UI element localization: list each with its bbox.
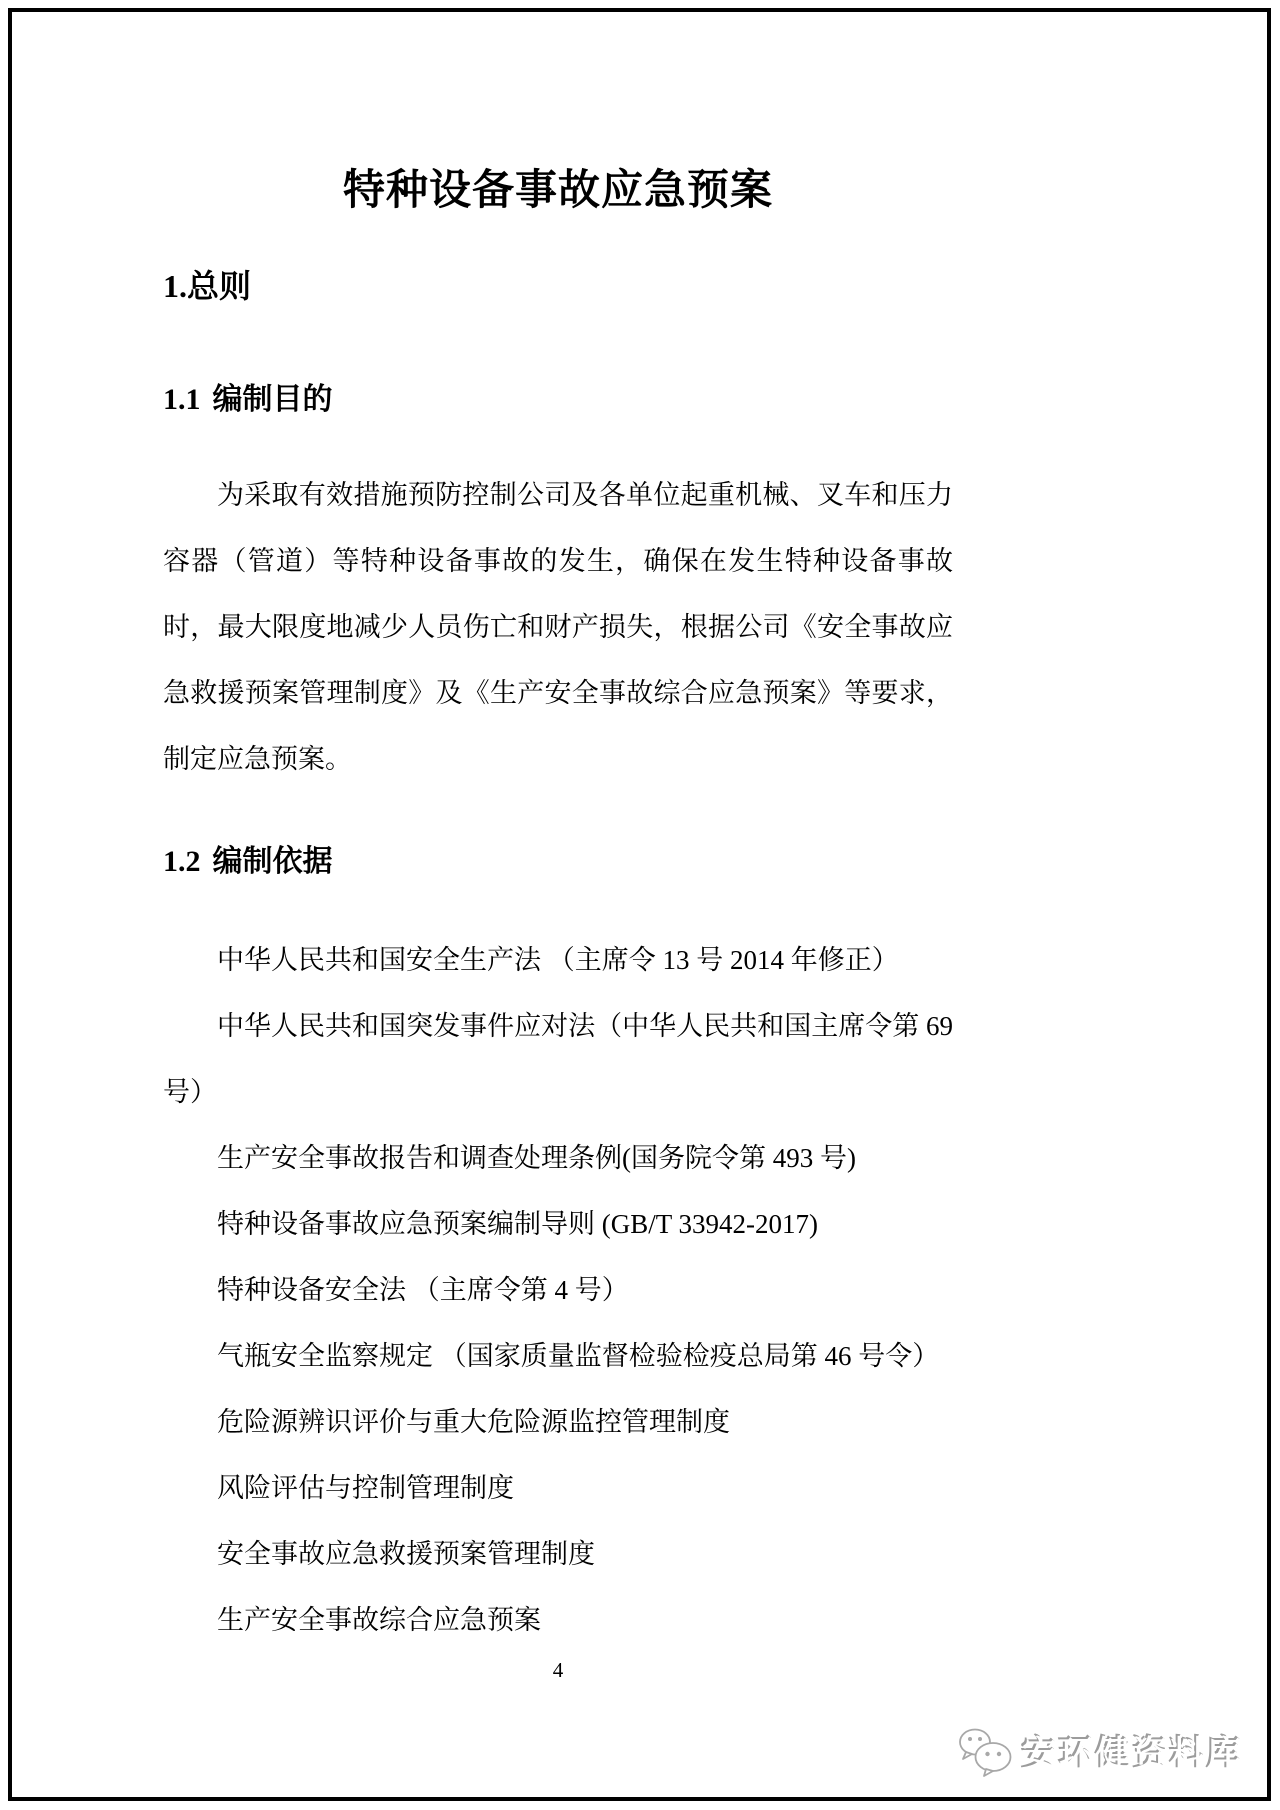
section-basis-number: 1.2 <box>163 845 201 878</box>
section-basis-label: 编制依据 <box>213 845 333 878</box>
reference-item: 中华人民共和国安全生产法 （主席令 13 号 2014 年修正） <box>163 927 953 993</box>
chapter-heading: 1.总则 <box>163 266 953 306</box>
section-heading-purpose: 1.1编制目的 <box>163 381 953 419</box>
document-page: 特种设备事故应急预案 1.总则 1.1编制目的 为采取有效措施预防控制公司及各单… <box>163 0 953 1685</box>
reference-item: 危险源辨识评价与重大危险源监控管理制度 <box>163 1389 953 1455</box>
document-title: 特种设备事故应急预案 <box>163 164 953 216</box>
reference-item: 风险评估与控制管理制度 <box>163 1455 953 1521</box>
page-number: 4 <box>163 1655 953 1685</box>
wechat-icon <box>956 1726 1014 1778</box>
reference-item: 特种设备安全法 （主席令第 4 号） <box>163 1257 953 1323</box>
reference-item: 中华人民共和国突发事件应对法（中华人民共和国主席令第 69 号） <box>163 993 953 1125</box>
section-purpose-label: 编制目的 <box>213 383 333 416</box>
watermark: 安环健资料库 <box>956 1726 1244 1778</box>
reference-item: 生产安全事故综合应急预案 <box>163 1587 953 1653</box>
watermark-text: 安环健资料库 <box>1022 1727 1244 1777</box>
section-purpose-number: 1.1 <box>163 383 201 416</box>
reference-item: 安全事故应急救援预案管理制度 <box>163 1521 953 1587</box>
chapter-number: 1. <box>163 268 187 304</box>
reference-item: 生产安全事故报告和调查处理条例(国务院令第 493 号) <box>163 1125 953 1191</box>
purpose-paragraph: 为采取有效措施预防控制公司及各单位起重机械、叉车和压力容器（管道）等特种设备事故… <box>163 462 953 792</box>
reference-list: 中华人民共和国安全生产法 （主席令 13 号 2014 年修正） 中华人民共和国… <box>163 927 953 1653</box>
chapter-label: 总则 <box>187 268 251 304</box>
reference-item: 特种设备事故应急预案编制导则 (GB/T 33942-2017) <box>163 1191 953 1257</box>
section-heading-basis: 1.2编制依据 <box>163 843 953 881</box>
reference-item: 气瓶安全监察规定 （国家质量监督检验检疫总局第 46 号令） <box>163 1323 953 1389</box>
